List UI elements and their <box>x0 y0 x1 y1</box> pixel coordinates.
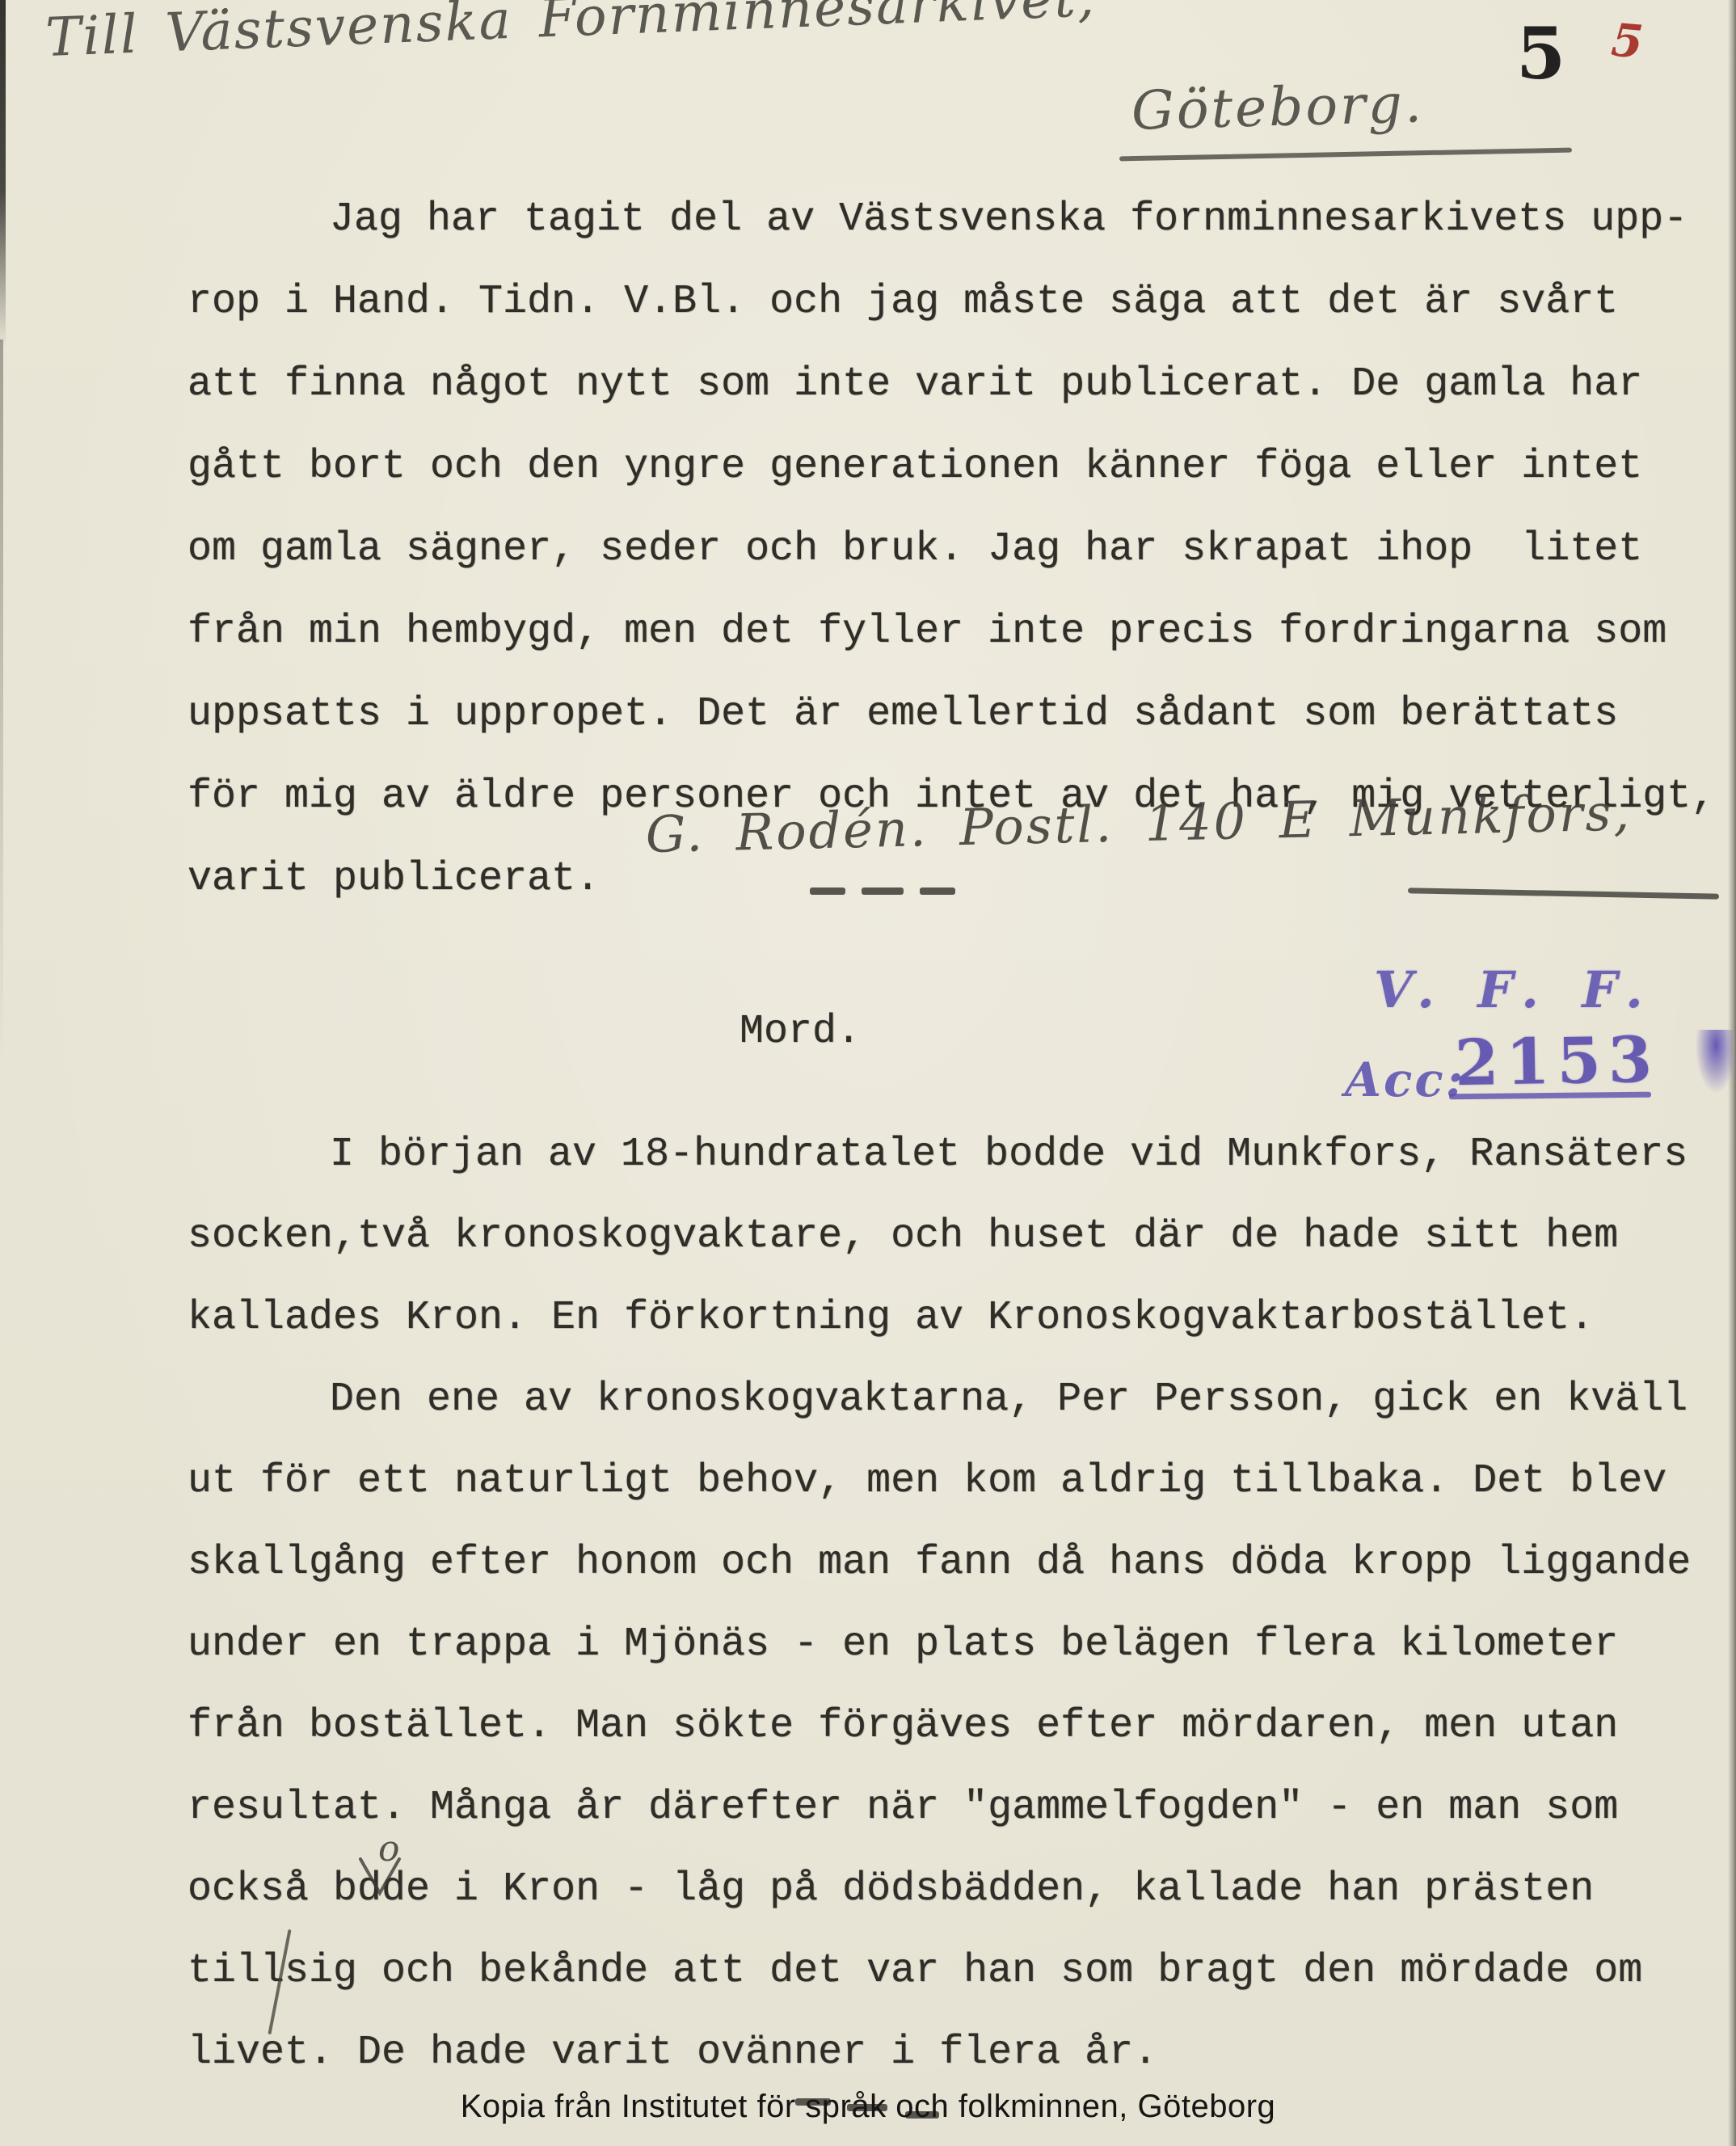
typed-line: om gamla sägner, seder och bruk. Jag har… <box>188 529 1715 611</box>
typed-line: ut för ett naturligt behov, men kom aldr… <box>188 1461 1691 1542</box>
header-underline <box>1119 148 1572 162</box>
stamp-initials: V. F. F. <box>1374 960 1656 1019</box>
scan-edge-left <box>0 0 6 348</box>
typed-line: Den ene av kronoskogvaktarna, Per Persso… <box>188 1379 1691 1461</box>
typed-line: uppsatts i uppropet. Det är emellertid s… <box>188 694 1715 776</box>
typed-line: skallgång efter honom och man fann då ha… <box>188 1542 1691 1624</box>
page-number-red: 5 <box>1609 13 1645 69</box>
signature-dash-underline <box>810 887 955 895</box>
section-heading: Mord. <box>739 1009 861 1055</box>
footer-text: Kopia från Institutet för språk och folk… <box>0 2089 1736 2125</box>
typed-line: tillsig och bekånde att det var han som … <box>188 1950 1691 2032</box>
story-paragraph: I början av 18-hundratalet bodde vid Mun… <box>188 1134 1691 2114</box>
page-number-typed: 5 <box>1516 11 1565 95</box>
scan-edge-left-fade <box>0 339 3 1067</box>
document-page: Till Västsvenska Fornminnesarkivet, Göte… <box>0 0 1736 2146</box>
ink-blot <box>1696 1030 1733 1093</box>
stamp-acc-label: Acc: <box>1345 1052 1465 1107</box>
typed-line: resultat. Många år därefter när "gammelf… <box>188 1787 1691 1869</box>
insertion-caret <box>357 1857 402 1900</box>
typed-line: från min hembygd, men det fyller inte pr… <box>188 611 1715 694</box>
typed-line: att finna något nytt som inte varit publ… <box>188 364 1715 446</box>
header-handwriting-line1: Till Västsvenska Fornminnesarkivet, <box>44 0 1097 69</box>
typed-line: från bostället. Man sökte förgäves efter… <box>188 1705 1691 1787</box>
typed-line: varit publicerat. <box>188 858 1715 941</box>
typed-line: också bdde i Kron - låg på dödsbädden, k… <box>188 1869 1691 1950</box>
typed-line: socken,två kronoskogvaktare, och huset d… <box>188 1216 1691 1297</box>
stamp-underline <box>1449 1092 1651 1100</box>
typed-line: I början av 18-hundratalet bodde vid Mun… <box>188 1134 1691 1216</box>
typed-line: under en trappa i Mjönäs - en plats belä… <box>188 1624 1691 1705</box>
typed-line: Jag har tagit del av Västsvenska fornmin… <box>188 199 1715 281</box>
typed-line: rop i Hand. Tidn. V.Bl. och jag måste sä… <box>188 281 1715 364</box>
typed-line: kallades Kron. En förkortning av Kronosk… <box>188 1297 1691 1379</box>
header-handwriting-line2: Göteborg. <box>1131 72 1425 141</box>
typed-line: gått bort och den yngre generationen kän… <box>188 446 1715 529</box>
stamp-acc-number: 2153 <box>1454 1023 1660 1100</box>
